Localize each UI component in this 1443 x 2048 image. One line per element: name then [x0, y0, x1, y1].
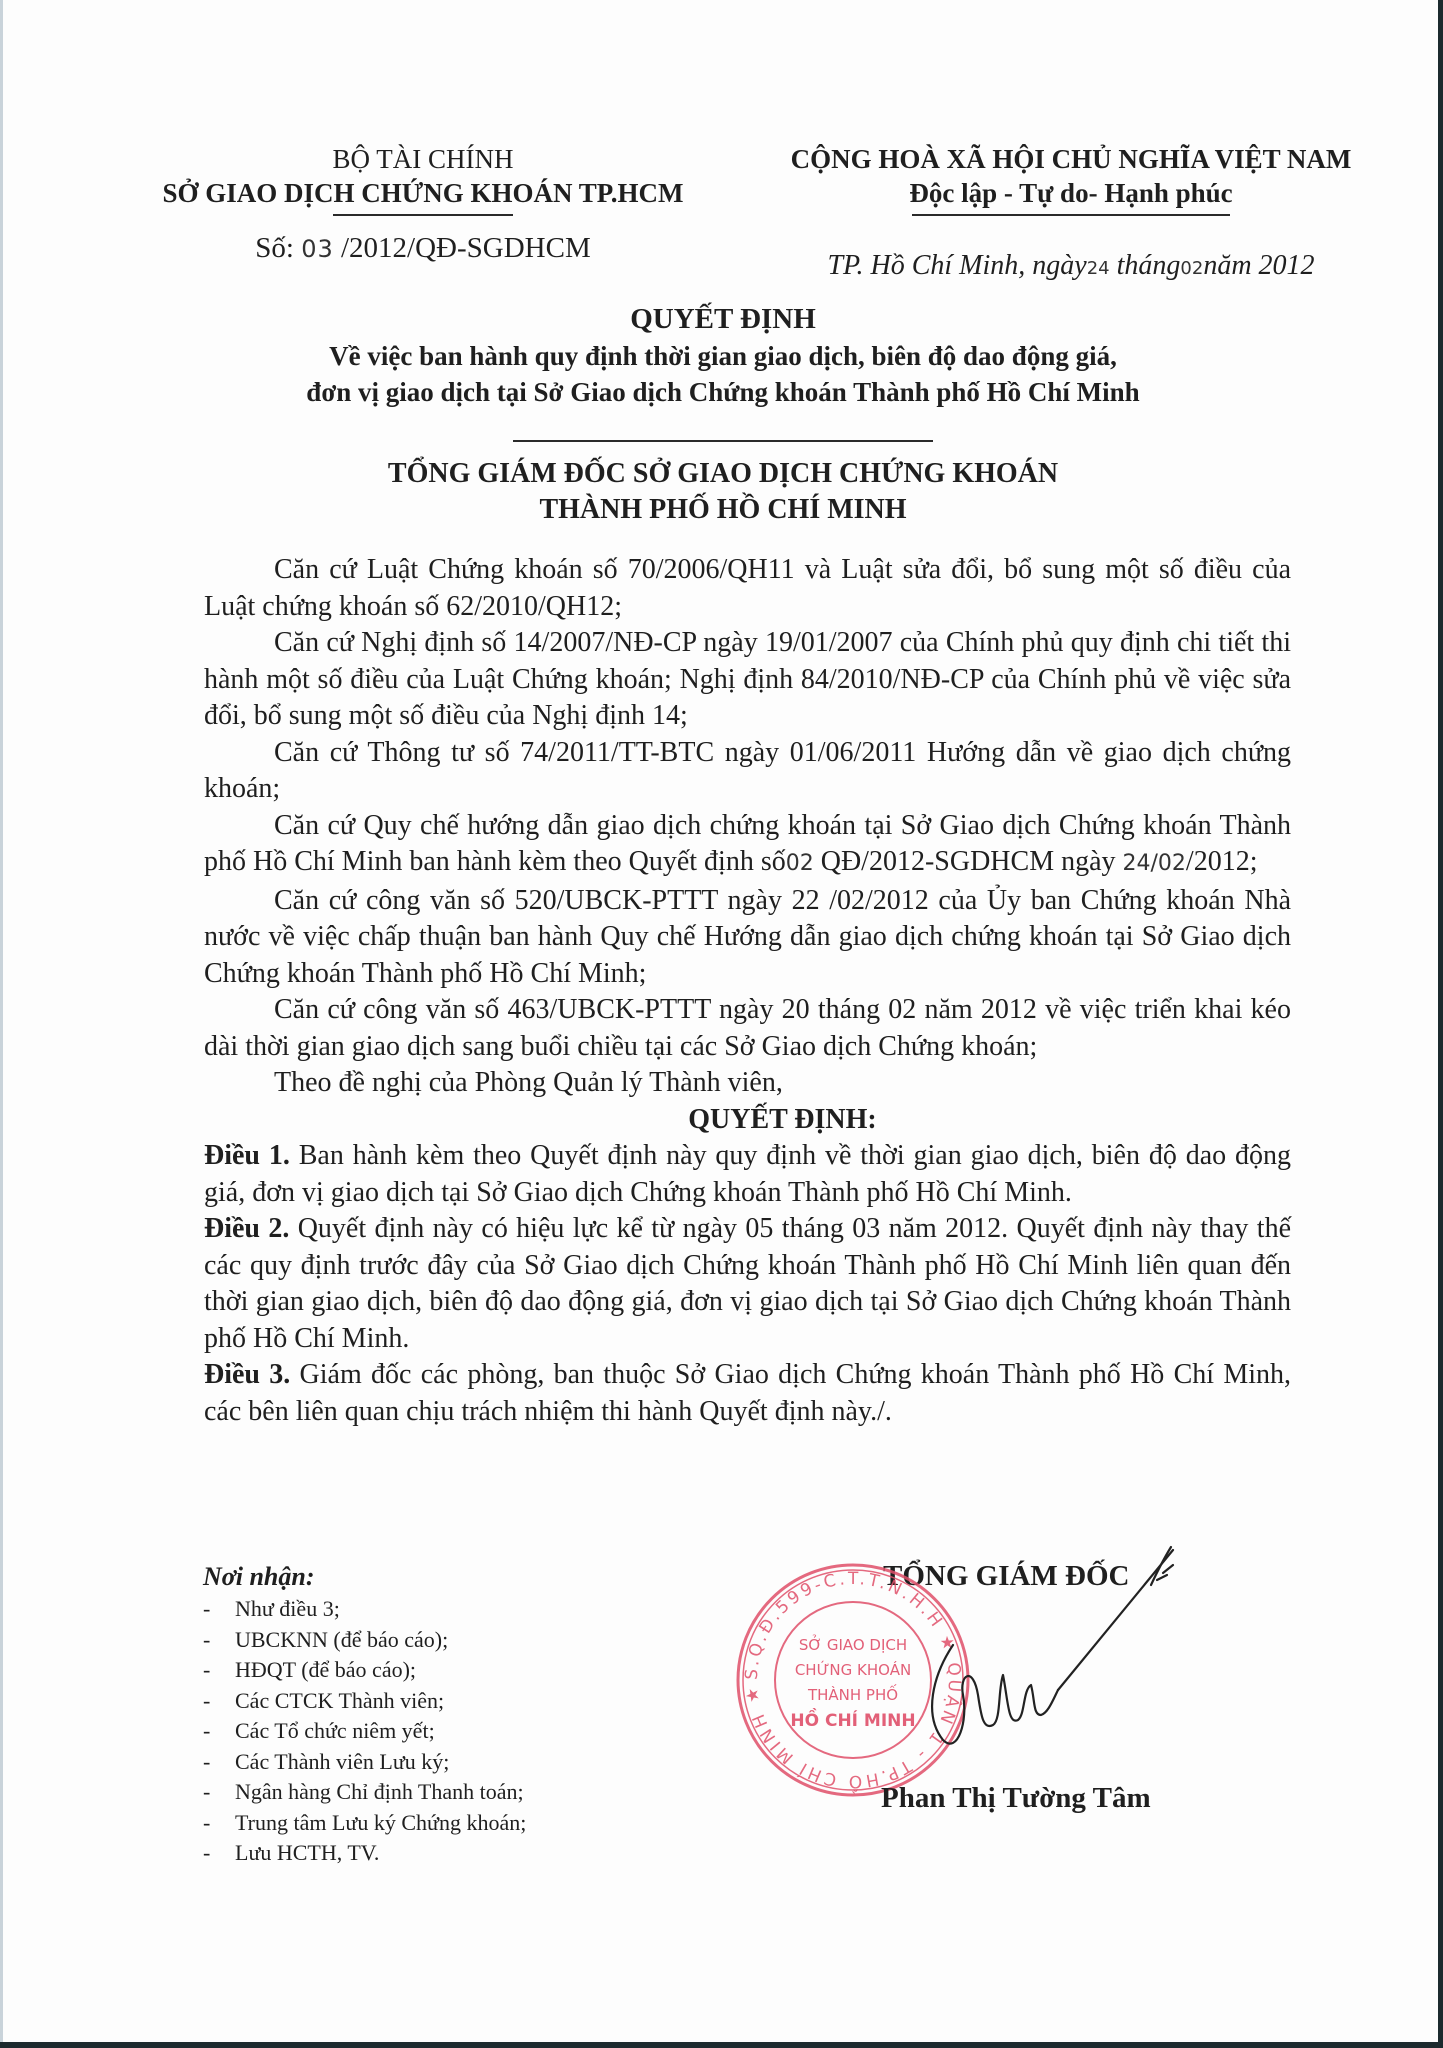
list-item: HĐQT (để báo cáo); [203, 1655, 663, 1686]
document-body: Căn cứ Luật Chứng khoán số 70/2006/QH11 … [204, 552, 1291, 1430]
list-item: Các Thành viên Lưu ký; [203, 1747, 663, 1778]
handwritten-decision-date: 24/02 [1123, 851, 1186, 876]
number-suffix: /2012/QĐ-SGDHCM [341, 232, 591, 264]
preamble-7: Theo đề nghị của Phòng Quản lý Thành viê… [204, 1065, 1291, 1102]
document-number: Số: 03 /2012/QĐ-SGDHCM [123, 232, 723, 265]
stamp-line-3: THÀNH PHỐ [807, 1683, 898, 1704]
issuer-underline [333, 214, 513, 216]
date-month-label: tháng [1117, 250, 1181, 281]
article-2-label: Điều 2. [204, 1213, 289, 1244]
authority-line-1: TỔNG GIÁM ĐỐC SỞ GIAO DỊCH CHỨNG KHOÁN [183, 456, 1263, 492]
preamble-2: Căn cứ Nghị định số 14/2007/NĐ-CP ngày 1… [204, 625, 1291, 735]
country-name: CỘNG HOÀ XÃ HỘI CHỦ NGHĨA VIỆT NAM [751, 142, 1391, 176]
decision-heading: QUYẾT ĐỊNH: [204, 1102, 1291, 1139]
recipients-list: Như điều 3; UBCKNN (để báo cáo); HĐQT (đ… [203, 1594, 663, 1869]
number-prefix: Số: [255, 232, 294, 264]
ministry-name: BỘ TÀI CHÍNH [123, 142, 723, 176]
motto-underline [912, 214, 1230, 216]
date-prefix: TP. Hồ Chí Minh, ngày [827, 250, 1086, 281]
list-item: Lưu HCTH, TV. [203, 1838, 663, 1869]
preamble-5: Căn cứ công văn số 520/UBCK-PTTT ngày 22… [204, 883, 1291, 993]
handwritten-day: 24 [1087, 258, 1110, 279]
stamp-line-4: HỒ CHÍ MINH [790, 1707, 915, 1731]
article-2-text: Quyết định này có hiệu lực kể từ ngày 05… [204, 1213, 1291, 1354]
handwritten-decision-number: 02 [786, 851, 814, 876]
recipients-block: Nơi nhận: Như điều 3; UBCKNN (để báo cáo… [203, 1560, 663, 1869]
agency-name: SỞ GIAO DỊCH CHỨNG KHOÁN TP.HCM [123, 176, 723, 210]
handwritten-signature-icon [923, 1525, 1183, 1765]
issue-date: TP. Hồ Chí Minh, ngày24 tháng02năm 2012 [751, 250, 1391, 282]
article-3-text: Giám đốc các phòng, ban thuộc Sở Giao dị… [204, 1359, 1291, 1427]
article-1: Điều 1. Ban hành kèm theo Quyết định này… [204, 1138, 1291, 1211]
handwritten-month: 02 [1180, 258, 1203, 279]
list-item: Ngân hàng Chỉ định Thanh toán; [203, 1777, 663, 1808]
national-motto: Độc lập - Tự do- Hạnh phúc [751, 176, 1391, 210]
article-1-label: Điều 1. [204, 1140, 290, 1171]
issuer-block: BỘ TÀI CHÍNH SỞ GIAO DỊCH CHỨNG KHOÁN TP… [123, 142, 723, 216]
date-year: năm 2012 [1203, 250, 1314, 281]
article-1-text: Ban hành kèm theo Quyết định này quy địn… [204, 1140, 1291, 1208]
stamp-line-2: CHỨNG KHOÁN [795, 1660, 911, 1679]
subject-line-1: Về việc ban hành quy định thời gian giao… [183, 338, 1263, 374]
preamble-6: Căn cứ công văn số 463/UBCK-PTTT ngày 20… [204, 992, 1291, 1065]
national-header: CỘNG HOÀ XÃ HỘI CHỦ NGHĨA VIỆT NAM Độc l… [751, 142, 1391, 216]
list-item: Như điều 3; [203, 1594, 663, 1625]
handwritten-number: 03 [301, 235, 334, 263]
article-2: Điều 2. Quyết định này có hiệu lực kể từ… [204, 1211, 1291, 1357]
list-item: Trung tâm Lưu ký Chứng khoán; [203, 1808, 663, 1839]
article-3-label: Điều 3. [204, 1359, 290, 1390]
list-item: Các Tổ chức niêm yết; [203, 1716, 663, 1747]
preamble-4: Căn cứ Quy chế hướng dẫn giao dịch chứng… [204, 808, 1291, 883]
list-item: Các CTCK Thành viên; [203, 1686, 663, 1717]
article-3: Điều 3. Giám đốc các phòng, ban thuộc Sở… [204, 1357, 1291, 1430]
stamp-line-1: SỞ GIAO DỊCH [799, 1634, 907, 1654]
preamble-4-text-b: QĐ/2012-SGDHCM ngày [814, 846, 1123, 877]
decision-title-block: QUYẾT ĐỊNH Về việc ban hành quy định thờ… [183, 300, 1263, 528]
title-divider [513, 440, 933, 442]
subject-line-2: đơn vị giao dịch tại Sở Giao dịch Chứng … [183, 374, 1263, 410]
preamble-1: Căn cứ Luật Chứng khoán số 70/2006/QH11 … [204, 552, 1291, 625]
document-page: BỘ TÀI CHÍNH SỞ GIAO DỊCH CHỨNG KHOÁN TP… [0, 0, 1438, 2042]
preamble-3: Căn cứ Thông tư số 74/2011/TT-BTC ngày 0… [204, 735, 1291, 808]
preamble-4-text-c: /2012; [1186, 846, 1258, 877]
signer-name: Phan Thị Tường Tâm [881, 1782, 1201, 1815]
document-type: QUYẾT ĐỊNH [183, 300, 1263, 338]
list-item: UBCKNN (để báo cáo); [203, 1625, 663, 1656]
recipients-label: Nơi nhận: [203, 1560, 663, 1594]
authority-line-2: THÀNH PHỐ HỒ CHÍ MINH [183, 492, 1263, 528]
